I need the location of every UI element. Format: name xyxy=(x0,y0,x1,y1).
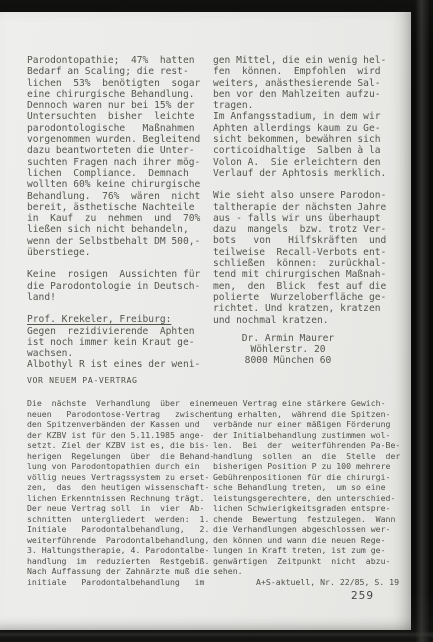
section-heading: VOR NEUEM PA-VERTRAG xyxy=(27,375,138,386)
paragraph-aphten: Gegen rezidivierende Aphten ist noch imm… xyxy=(27,326,200,371)
paragraph-outlook: Wie sieht also unsere Parodon- taltherap… xyxy=(213,190,386,326)
source-citation: A+S-aktuell, Nr. 22/85, S. 19 xyxy=(213,577,399,588)
signature-block: Dr. Armin Maurer Wöhlerstr. 20 8000 Münc… xyxy=(213,333,363,367)
paragraph-survey-results: Parodontopathie; 47% hatten Bedarf an Sc… xyxy=(27,55,200,258)
lower-right-column: neuen Vertrag eine stärkere Gewich- tung… xyxy=(213,398,401,587)
upper-right-column: gen Mittel, die ein wenig hel- fen könne… xyxy=(213,55,386,367)
lower-left-column: Die nächste Verhandlung über einen neuen… xyxy=(27,398,214,587)
scan-frame: Parodontopathie; 47% hatten Bedarf an Sc… xyxy=(0,0,433,642)
paragraph-pa-vertrag-right: neuen Vertrag eine stärkere Gewich- tung… xyxy=(213,398,401,577)
paragraph-conclusion: Keine rosigen Aussichten für die Parodon… xyxy=(27,269,200,303)
scanner-edge-right xyxy=(415,0,429,642)
page-number: 259 xyxy=(351,590,374,602)
author-heading: Prof. Krekeler, Freiburg: xyxy=(27,314,200,325)
document-page: Parodontopathie; 47% hatten Bedarf an Sc… xyxy=(0,12,411,630)
paragraph-treatment-advice: gen Mittel, die ein wenig hel- fen könne… xyxy=(213,55,386,179)
upper-left-column: Parodontopathie; 47% hatten Bedarf an Sc… xyxy=(27,55,200,371)
scanner-edge-bottom xyxy=(0,631,433,638)
paragraph-pa-vertrag-left: Die nächste Verhandlung über einen neuen… xyxy=(27,398,214,587)
